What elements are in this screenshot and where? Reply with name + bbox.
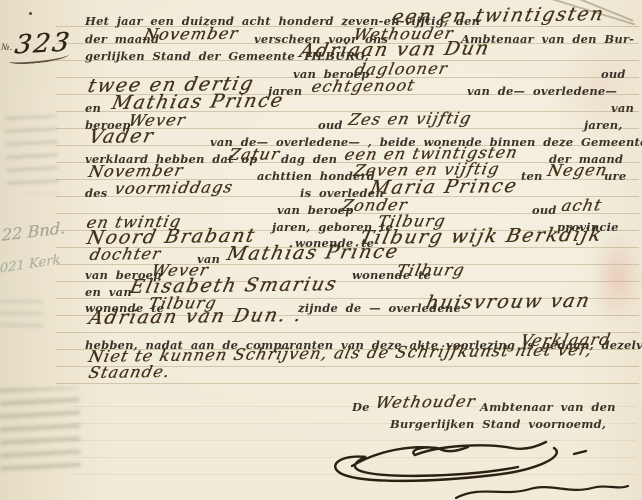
printed-form-text: Ambtenaar van den [480,402,616,414]
margin-note-pencil: 021 Kerk [0,252,61,276]
handwritten-entry: November [142,26,240,43]
handwritten-entry: Negen [546,162,609,179]
printed-form-text: jaren, [584,120,623,132]
printed-form-text: Burgerlijken Stand voornoemd, [390,419,606,431]
margin-note-pencil: 22 Bnd. [2,218,66,245]
act-number-prefix: №. [1,43,12,53]
pink-stain [592,232,642,324]
handwritten-entry: Adriaan van Dun [298,39,492,61]
handwritten-entry: Zes en vijftig [347,110,473,128]
printed-form-text: ure [604,171,626,183]
bleed-through-stain [0,387,81,474]
handwritten-entry: huisvrouw van [424,292,592,313]
handwritten-entry: acht [560,197,604,214]
printed-form-text: en [85,103,101,115]
printed-form-text: De [352,402,370,414]
handwritten-entry: echtgenoot [310,78,417,95]
bleed-through-stain [5,115,60,195]
printed-form-text: des [85,188,107,200]
handwritten-entry: Wethouder [374,394,477,411]
handwritten-entry: Tilburg [395,262,466,279]
scanned-death-certificate: №. 323 22 Bnd. 021 Kerk Het jaar een dui… [0,0,642,500]
printed-form-text: oud [318,120,343,132]
handwritten-entry: Mathias Prince [110,92,286,113]
handwritten-entry: Mathias Prince [225,243,401,264]
printed-form-text: oud [601,69,626,81]
partial-signature [452,483,632,500]
printed-form-text: en van [85,287,132,299]
printed-form-text: ten [521,171,543,183]
printed-form-text: van [611,103,634,115]
printed-form-text: van de— overledene— [467,86,617,98]
bleed-through-stain [0,300,42,330]
handwritten-entry: Zatur [227,146,282,163]
printed-form-text: dag den [281,154,337,166]
ink-speck [29,12,32,15]
handwritten-entry: Staande. [87,364,172,381]
handwritten-entry: Vader [87,127,156,147]
printed-form-text: oud [532,205,557,217]
handwritten-entry: dochter [88,246,163,263]
handwritten-entry: voormiddags [113,179,235,197]
handwritten-entry: Adriaan van Dun. . [87,306,304,328]
